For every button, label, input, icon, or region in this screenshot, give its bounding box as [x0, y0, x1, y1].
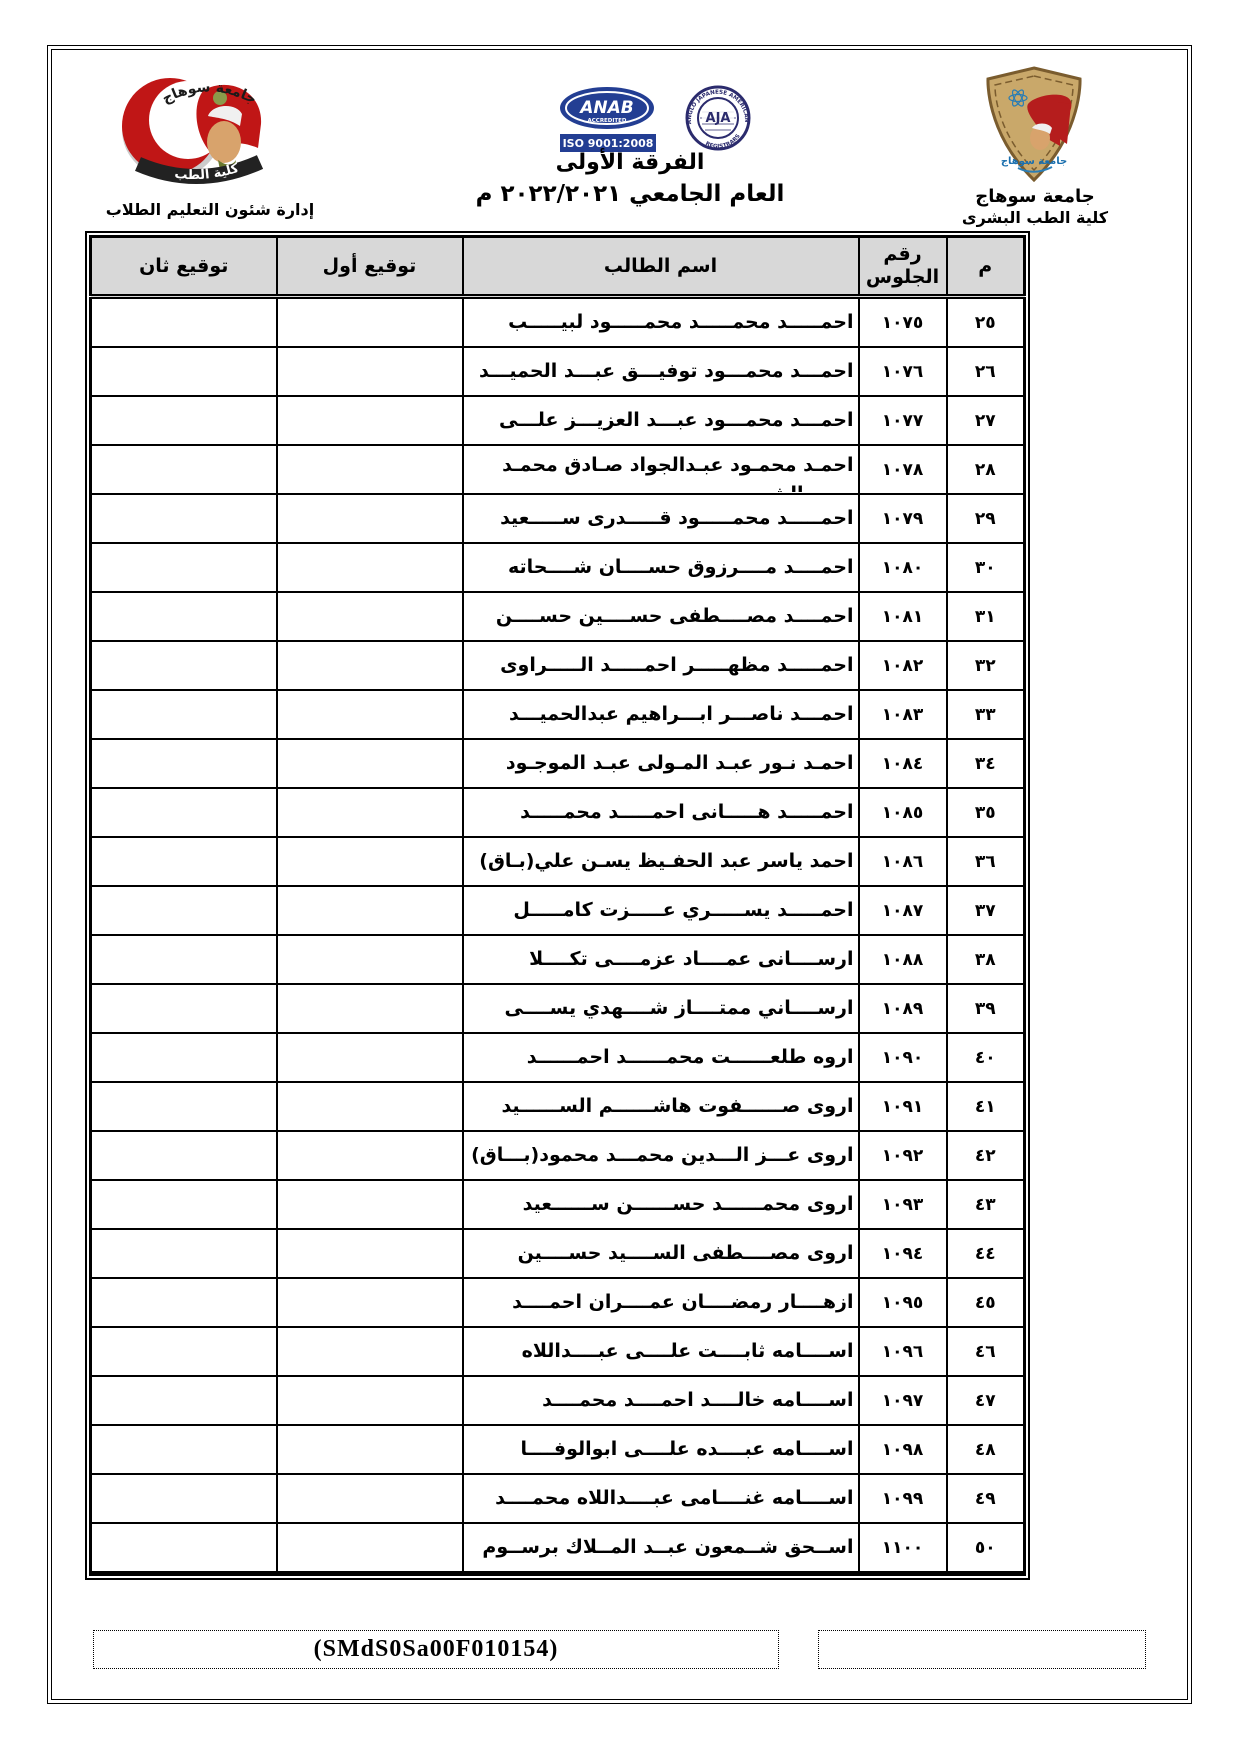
student-name: احمد ياسر عبد الحفـيظ يسـن علي(بـاق)	[463, 837, 859, 886]
second-signature-cell	[91, 935, 277, 984]
column-header-first-signature: توقيع أول	[277, 237, 463, 297]
seat-number: ١١٠٠	[859, 1523, 947, 1574]
table-row: ٢٨ ١٠٧٨ احمـد محمـود عبـدالجواد صـادق مح…	[91, 445, 1025, 494]
document-page: { "header": { "university": "جامعة سوهاج…	[0, 0, 1241, 1754]
svg-text:AJA: AJA	[706, 111, 731, 126]
second-signature-cell	[91, 1082, 277, 1131]
svg-text:جامعة سوهاج: جامعة سوهاج	[1001, 156, 1067, 167]
row-number: ٤٧	[947, 1376, 1025, 1425]
seat-number: ١٠٧٥	[859, 297, 947, 348]
document-code: (SMdS0Sa00F010154)	[314, 1636, 559, 1662]
student-name: احمـــد محمـــود توفيـــق عبـــد الحميــ…	[463, 347, 859, 396]
anab-iso-logo-icon: ANAB ACCREDITED ISO 9001:2008	[558, 86, 660, 156]
seat-number: ١٠٩٩	[859, 1474, 947, 1523]
second-signature-cell	[91, 347, 277, 396]
seat-number: ١٠٩٥	[859, 1278, 947, 1327]
row-number: ٤٨	[947, 1425, 1025, 1474]
svg-text:ISO 9001:2008: ISO 9001:2008	[563, 137, 654, 150]
aja-registrars-logo-icon: AJA ANGLO JAPANESE AMERICAN REGISTRARS	[672, 84, 764, 152]
svg-text:ACCREDITED: ACCREDITED	[587, 118, 626, 124]
seat-number: ١٠٧٧	[859, 396, 947, 445]
row-number: ٣٠	[947, 543, 1025, 592]
second-signature-cell	[91, 690, 277, 739]
student-name: اروى صــــــفوت هاشــــــم الســــــيد	[463, 1082, 859, 1131]
second-signature-cell	[91, 592, 277, 641]
second-signature-cell	[91, 886, 277, 935]
table-row: ٣٦ ١٠٨٦ احمد ياسر عبد الحفـيظ يسـن علي(ب…	[91, 837, 1025, 886]
second-signature-cell	[91, 494, 277, 543]
first-signature-cell	[277, 788, 463, 837]
second-signature-cell	[91, 984, 277, 1033]
table-row: ٣٣ ١٠٨٣ احمـــد ناصـــر ابـــراهيم عبدال…	[91, 690, 1025, 739]
second-signature-cell	[91, 396, 277, 445]
second-signature-cell	[91, 1278, 277, 1327]
seat-number: ١٠٨١	[859, 592, 947, 641]
student-name: ارســــاني ممتــــاز شــــهدي يســــى	[463, 984, 859, 1033]
table-row: ٣٧ ١٠٨٧ احمـــــد يســـــري عـــــزت كام…	[91, 886, 1025, 935]
table-row: ٣٤ ١٠٨٤ احمـد نـور عبـد المـولى عبـد الم…	[91, 739, 1025, 788]
row-number: ٢٨	[947, 445, 1025, 494]
seat-number: ١٠٨٦	[859, 837, 947, 886]
row-number: ٤٥	[947, 1278, 1025, 1327]
student-name: اســــامه غنــــامى عبــــداللاه محمــــ…	[463, 1474, 859, 1523]
first-signature-cell	[277, 297, 463, 348]
footer-empty-box	[818, 1630, 1146, 1669]
table-row: ٣٨ ١٠٨٨ ارســــانى عمــــاد عزمــــى تكـ…	[91, 935, 1025, 984]
student-name: احمـــــد محمـــــد محمـــــود لبيـــــب	[463, 297, 859, 348]
first-signature-cell	[277, 1474, 463, 1523]
seat-number: ١٠٩٠	[859, 1033, 947, 1082]
row-number: ٤٢	[947, 1131, 1025, 1180]
seat-number: ١٠٨٣	[859, 690, 947, 739]
row-number: ٣٢	[947, 641, 1025, 690]
row-number: ٢٥	[947, 297, 1025, 348]
first-signature-cell	[277, 1082, 463, 1131]
table-row: ٢٥ ١٠٧٥ احمـــــد محمـــــد محمـــــود ل…	[91, 297, 1025, 348]
student-name: ارســــانى عمــــاد عزمــــى تكــــلا	[463, 935, 859, 984]
seat-number: ١٠٨٢	[859, 641, 947, 690]
second-signature-cell	[91, 1229, 277, 1278]
first-signature-cell	[277, 690, 463, 739]
table-row: ٤٦ ١٠٩٦ اســــامه ثابــــت علــــى عبـــ…	[91, 1327, 1025, 1376]
svg-text:ANAB: ANAB	[578, 98, 634, 118]
row-number: ٢٩	[947, 494, 1025, 543]
first-signature-cell	[277, 1376, 463, 1425]
table-row: ٤٥ ١٠٩٥ ازهــــار رمضــــان عمــــران اح…	[91, 1278, 1025, 1327]
student-name: اســــامه خالــــد احمــــد محمــــد	[463, 1376, 859, 1425]
table-row: ٤٧ ١٠٩٧ اســــامه خالــــد احمــــد محمـ…	[91, 1376, 1025, 1425]
table-row: ٥٠ ١١٠٠ اســحق شــمعون عبــد المــلاك بر…	[91, 1523, 1025, 1574]
seat-number: ١٠٨٥	[859, 788, 947, 837]
row-number: ٥٠	[947, 1523, 1025, 1574]
academic-year-title: العام الجامعي ٢٠٢٢/٢٠٢١ م	[410, 181, 850, 207]
first-signature-cell	[277, 1229, 463, 1278]
row-number: ٣٥	[947, 788, 1025, 837]
table-row: ٣٩ ١٠٨٩ ارســــاني ممتــــاز شــــهدي يس…	[91, 984, 1025, 1033]
row-number: ٣٤	[947, 739, 1025, 788]
seat-number: ١٠٩٣	[859, 1180, 947, 1229]
table-row: ٤١ ١٠٩١ اروى صــــــفوت هاشــــــم الســ…	[91, 1082, 1025, 1131]
second-signature-cell	[91, 543, 277, 592]
footer-code-box: (SMdS0Sa00F010154)	[93, 1630, 779, 1669]
second-signature-cell	[91, 1474, 277, 1523]
second-signature-cell	[91, 641, 277, 690]
first-signature-cell	[277, 1523, 463, 1574]
student-name: احمـــــد يســـــري عـــــزت كامـــــل	[463, 886, 859, 935]
first-signature-cell	[277, 445, 463, 494]
university-name: جامعة سوهاج	[950, 186, 1120, 209]
table-row: ٣٠ ١٠٨٠ احمــــد مــــرزوق حســــان شـــ…	[91, 543, 1025, 592]
first-signature-cell	[277, 641, 463, 690]
student-name: احمـــــد مظهـــــر احمـــــد الـــــراو…	[463, 641, 859, 690]
row-number: ٣٦	[947, 837, 1025, 886]
seat-number: ١٠٨٧	[859, 886, 947, 935]
row-number: ٤٣	[947, 1180, 1025, 1229]
column-header-seat-number: رقم الجلوس	[859, 237, 947, 297]
table-row: ٣٢ ١٠٨٢ احمـــــد مظهـــــر احمـــــد ال…	[91, 641, 1025, 690]
student-name: احمــــد مصــــطفى حســــين حســــن	[463, 592, 859, 641]
seat-number: ١٠٧٩	[859, 494, 947, 543]
seat-number: ١٠٧٦	[859, 347, 947, 396]
seat-number: ١٠٩٨	[859, 1425, 947, 1474]
seat-number: ١٠٨٤	[859, 739, 947, 788]
student-name: اروى مصــــطفى الســــيد حســــين	[463, 1229, 859, 1278]
first-signature-cell	[277, 1033, 463, 1082]
seat-number: ١٠٩١	[859, 1082, 947, 1131]
first-signature-cell	[277, 494, 463, 543]
seat-number: ١٠٩٦	[859, 1327, 947, 1376]
student-name: احمـــد محمـــود عبـــد العزيـــز علـــى	[463, 396, 859, 445]
table-row: ٤٣ ١٠٩٣ اروى محمــــــد حســــــن ســـــ…	[91, 1180, 1025, 1229]
second-signature-cell	[91, 1523, 277, 1574]
row-number: ٤٤	[947, 1229, 1025, 1278]
student-name: احمـــد ناصـــر ابـــراهيم عبدالحميـــد	[463, 690, 859, 739]
second-signature-cell	[91, 1327, 277, 1376]
table-row: ٣٥ ١٠٨٥ احمـــــد هـــــانى احمـــــد مح…	[91, 788, 1025, 837]
second-signature-cell	[91, 739, 277, 788]
student-name: ازهــــار رمضــــان عمــــران احمــــد	[463, 1278, 859, 1327]
row-number: ٣٣	[947, 690, 1025, 739]
second-signature-cell	[91, 1033, 277, 1082]
table-row: ٤٩ ١٠٩٩ اســــامه غنــــامى عبــــداللاه…	[91, 1474, 1025, 1523]
student-name: احمــــد مــــرزوق حســــان شــــحاته	[463, 543, 859, 592]
table-row: ٢٦ ١٠٧٦ احمـــد محمـــود توفيـــق عبـــد…	[91, 347, 1025, 396]
column-header-second-signature: توقيع ثان	[91, 237, 277, 297]
row-number: ٤٦	[947, 1327, 1025, 1376]
table-row: ٢٧ ١٠٧٧ احمـــد محمـــود عبـــد العزيـــ…	[91, 396, 1025, 445]
row-number: ٤١	[947, 1082, 1025, 1131]
table-row: ٣١ ١٠٨١ احمــــد مصــــطفى حســــين حســ…	[91, 592, 1025, 641]
student-name: اســــامه عبــــده علــــى ابوالوفــــا	[463, 1425, 859, 1474]
student-name: اروه طلعــــــت محمــــــد احمــــــد	[463, 1033, 859, 1082]
seat-number: ١٠٨٩	[859, 984, 947, 1033]
first-signature-cell	[277, 886, 463, 935]
student-name: اســحق شــمعون عبــد المــلاك برســوم	[463, 1523, 859, 1574]
seat-number: ١٠٨٠	[859, 543, 947, 592]
second-signature-cell	[91, 1425, 277, 1474]
university-shield-logo-icon: جامعة سوهاج	[972, 64, 1096, 186]
first-signature-cell	[277, 1327, 463, 1376]
row-number: ٣٧	[947, 886, 1025, 935]
second-signature-cell	[91, 1376, 277, 1425]
seat-number: ١٠٨٨	[859, 935, 947, 984]
first-signature-cell	[277, 543, 463, 592]
first-signature-cell	[277, 739, 463, 788]
second-signature-cell	[91, 445, 277, 494]
row-number: ٢٧	[947, 396, 1025, 445]
second-signature-cell	[91, 297, 277, 348]
row-number: ٣٨	[947, 935, 1025, 984]
first-signature-cell	[277, 347, 463, 396]
seat-number: ١٠٩٧	[859, 1376, 947, 1425]
faculty-name: كلية الطب البشرى	[945, 208, 1125, 228]
table-row: ٤٤ ١٠٩٤ اروى مصــــطفى الســــيد حســــي…	[91, 1229, 1025, 1278]
roster-table-wrapper: م رقم الجلوس اسم الطالب توقيع أول توقيع …	[85, 231, 1030, 1580]
second-signature-cell	[91, 837, 277, 886]
row-number: ٢٦	[947, 347, 1025, 396]
seat-number: ١٠٩٤	[859, 1229, 947, 1278]
first-signature-cell	[277, 935, 463, 984]
department-label: إدارة شئون التعليم الطلاب	[90, 200, 330, 220]
row-number: ٣٩	[947, 984, 1025, 1033]
table-row: ٤٨ ١٠٩٨ اســــامه عبــــده علــــى ابوال…	[91, 1425, 1025, 1474]
first-signature-cell	[277, 592, 463, 641]
first-signature-cell	[277, 396, 463, 445]
table-row: ٤٠ ١٠٩٠ اروه طلعــــــت محمــــــد احمــ…	[91, 1033, 1025, 1082]
seat-number: ١٠٩٢	[859, 1131, 947, 1180]
second-signature-cell	[91, 788, 277, 837]
student-name: احمـد محمـود عبـدالجواد صـادق محمـدالشــ…	[463, 445, 859, 494]
student-name: اســــامه ثابــــت علــــى عبــــداللاه	[463, 1327, 859, 1376]
page-title: الفرقة الأولى	[480, 150, 780, 175]
student-table-body: ٢٥ ١٠٧٥ احمـــــد محمـــــد محمـــــود ل…	[91, 297, 1025, 1574]
faculty-crescent-logo-icon: جامعة سوهاج كلية الطب	[108, 68, 286, 194]
student-name: احمـــــد محمـــــود قـــــدرى ســـــعيد	[463, 494, 859, 543]
student-name: احمـــــد هـــــانى احمـــــد محمـــــد	[463, 788, 859, 837]
roster-table-header: م رقم الجلوس اسم الطالب توقيع أول توقيع …	[91, 237, 1025, 297]
table-row: ٢٩ ١٠٧٩ احمـــــد محمـــــود قـــــدرى س…	[91, 494, 1025, 543]
student-name: اروى محمــــــد حســــــن ســــــعيد	[463, 1180, 859, 1229]
row-number: ٣١	[947, 592, 1025, 641]
first-signature-cell	[277, 1425, 463, 1474]
first-signature-cell	[277, 1278, 463, 1327]
student-name: احمـد نـور عبـد المـولى عبـد الموجـود	[463, 739, 859, 788]
row-number: ٤٠	[947, 1033, 1025, 1082]
first-signature-cell	[277, 984, 463, 1033]
seat-number: ١٠٧٨	[859, 445, 947, 494]
second-signature-cell	[91, 1180, 277, 1229]
first-signature-cell	[277, 837, 463, 886]
row-number: ٤٩	[947, 1474, 1025, 1523]
column-header-student-name: اسم الطالب	[463, 237, 859, 297]
column-header-index: م	[947, 237, 1025, 297]
first-signature-cell	[277, 1180, 463, 1229]
second-signature-cell	[91, 1131, 277, 1180]
first-signature-cell	[277, 1131, 463, 1180]
table-row: ٤٢ ١٠٩٢ اروى عـــز الـــدين محمـــد محمو…	[91, 1131, 1025, 1180]
student-roster-table: م رقم الجلوس اسم الطالب توقيع أول توقيع …	[89, 235, 1026, 1576]
student-name: اروى عـــز الـــدين محمـــد محمود(بـــاق…	[463, 1131, 859, 1180]
